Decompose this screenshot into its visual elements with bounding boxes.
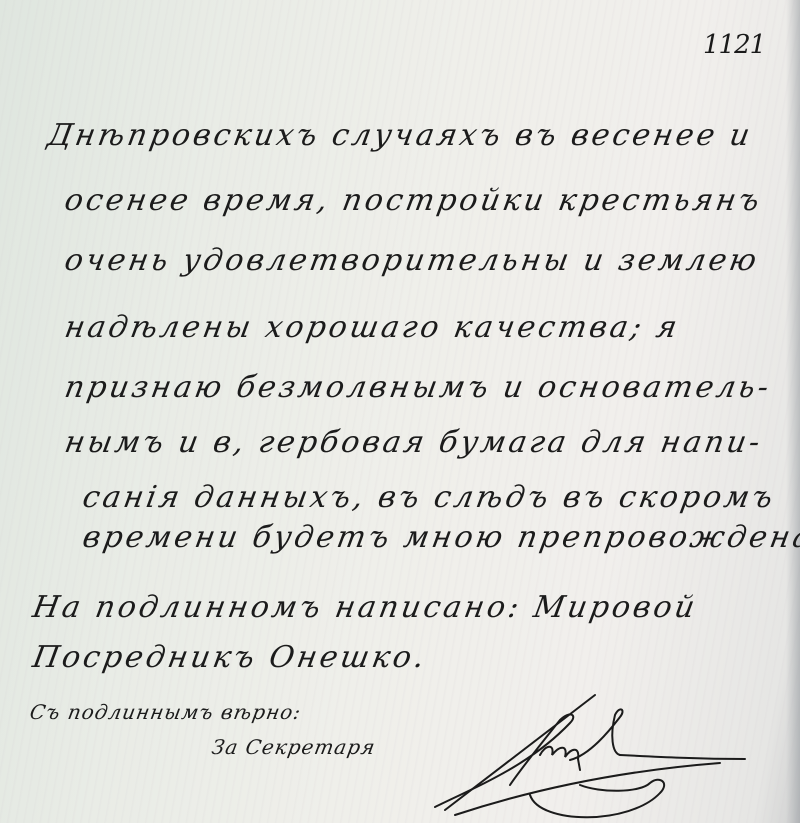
signature-flourish-icon	[420, 675, 750, 820]
attestation-line-1: На подлинномъ написано: Мировой	[30, 590, 700, 625]
certification-label: Съ подлиннымъ вѣрно:	[28, 700, 303, 724]
attestation-line-2: Посредникъ Онешко.	[30, 640, 430, 675]
body-line-1: Днѣпровскихъ случаяхъ въ весенее и	[45, 118, 755, 153]
body-line-8: времени будетъ мною препровождена.	[80, 520, 800, 555]
body-line-6: нымъ и в, гербовая бумага для напи-	[62, 425, 765, 460]
page-edge-shadow	[786, 0, 800, 823]
body-line-7: санія данныхъ, въ слѣдъ въ скоромъ	[80, 480, 778, 515]
folio-number: 1121	[703, 30, 765, 60]
body-line-3: очень удовлетворительны и землею	[62, 243, 762, 278]
body-line-5: признаю безмолвнымъ и основатель-	[62, 370, 774, 405]
body-line-2: осенее время, постройки крестьянъ	[62, 183, 765, 218]
body-line-4: надѣлены хорошаго качества; я	[62, 310, 683, 345]
signer-title: За Секретаря	[210, 735, 378, 759]
